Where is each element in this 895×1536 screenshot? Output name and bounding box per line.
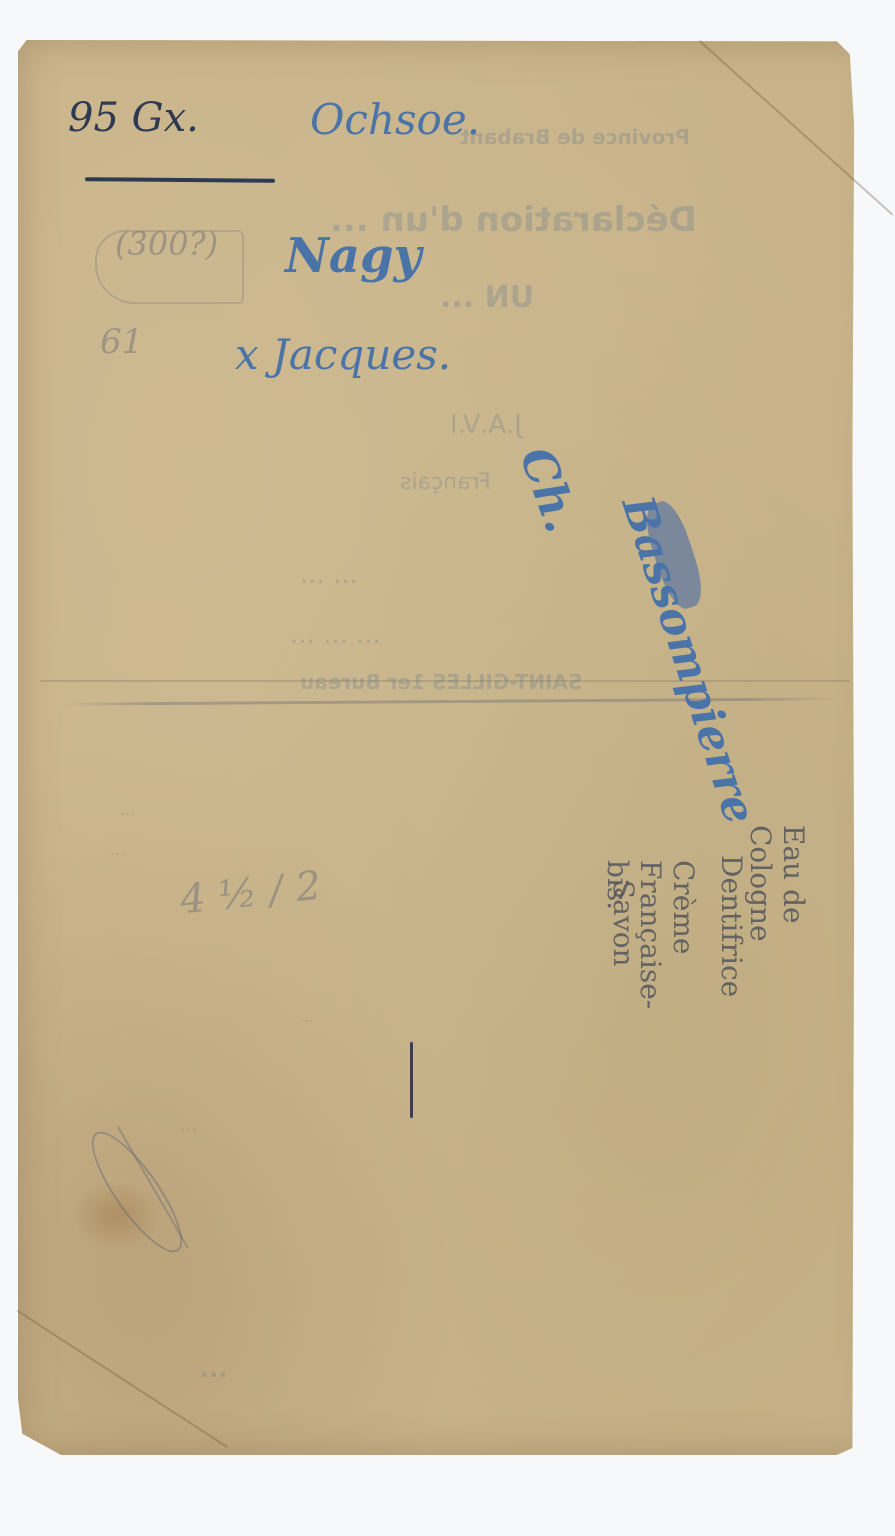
bleed-text: ... (200, 1355, 227, 1383)
bleed-text: Province de Brabant (460, 125, 690, 149)
bleed-text: ... ... ... (290, 620, 381, 650)
pencil-list-item: Dentifrice (715, 855, 748, 997)
pencil-list-item: Eau de Cologne (744, 825, 810, 942)
reference-number: 95 Gx. (68, 95, 199, 141)
bleed-text: UN ... (440, 280, 534, 315)
bleed-text: J.A.V.I (450, 410, 522, 440)
pencil-note-number: 61 (100, 322, 143, 362)
ink-vertical-stroke (410, 1042, 413, 1118)
bleed-text: ... ... (300, 560, 358, 590)
surname: Nagy (285, 228, 421, 284)
pencil-list-item: Savon (607, 880, 640, 967)
bleed-text: ... (180, 1115, 197, 1136)
pencil-note-top-left: (300?) (115, 225, 218, 263)
first-name: x Jacques. (235, 330, 451, 379)
bleed-text: Français (400, 470, 491, 495)
bleed-text: ... (110, 840, 125, 859)
reference-suffix: Ochsoe. (310, 95, 480, 144)
bleed-text: SAINT-GILLES 1er Bureau (300, 670, 582, 694)
bleed-text: ... (300, 1010, 313, 1026)
bleed-text: ... (120, 800, 135, 819)
